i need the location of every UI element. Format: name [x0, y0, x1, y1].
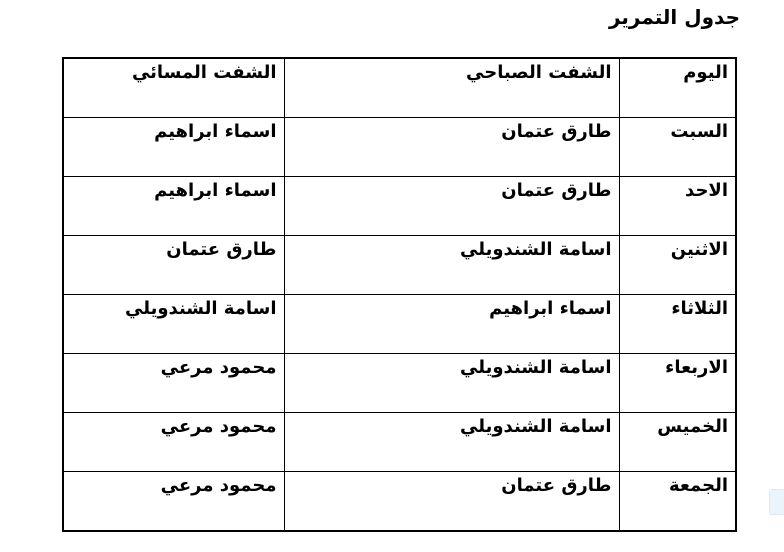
morning-cell: اسامة الشندويلي — [284, 354, 619, 413]
morning-cell: طارق عتمان — [284, 177, 619, 236]
table-row: الجمعة طارق عتمان محمود مرعي — [63, 472, 736, 532]
evening-cell: اسامة الشندويلي — [63, 295, 284, 354]
evening-cell: محمود مرعي — [63, 354, 284, 413]
table-row: السبت طارق عتمان اسماء ابراهيم — [63, 118, 736, 177]
evening-cell: محمود مرعي — [63, 413, 284, 472]
morning-cell: اسماء ابراهيم — [284, 295, 619, 354]
table-header-row: اليوم الشفت الصباحي الشفت المسائي — [63, 58, 736, 118]
morning-cell: طارق عتمان — [284, 118, 619, 177]
morning-cell: طارق عتمان — [284, 472, 619, 532]
evening-cell: طارق عتمان — [63, 236, 284, 295]
document-page: جدول التمرير اليوم الشفت الصباحي الشفت ا… — [0, 0, 784, 552]
morning-cell: اسامة الشندويلي — [284, 236, 619, 295]
day-cell: الثلاثاء — [619, 295, 736, 354]
day-cell: الاحد — [619, 177, 736, 236]
evening-cell: اسماء ابراهيم — [63, 177, 284, 236]
edge-highlight-artifact — [769, 489, 784, 515]
table-row: الاربعاء اسامة الشندويلي محمود مرعي — [63, 354, 736, 413]
header-day: اليوم — [619, 58, 736, 118]
table-row: الخميس اسامة الشندويلي محمود مرعي — [63, 413, 736, 472]
day-cell: السبت — [619, 118, 736, 177]
shift-schedule-table: اليوم الشفت الصباحي الشفت المسائي السبت … — [62, 57, 737, 532]
day-cell: الاثنين — [619, 236, 736, 295]
day-cell: الاربعاء — [619, 354, 736, 413]
evening-cell: اسماء ابراهيم — [63, 118, 284, 177]
day-cell: الجمعة — [619, 472, 736, 532]
morning-cell: اسامة الشندويلي — [284, 413, 619, 472]
page-title: جدول التمرير — [609, 5, 740, 29]
day-cell: الخميس — [619, 413, 736, 472]
header-evening-shift: الشفت المسائي — [63, 58, 284, 118]
evening-cell: محمود مرعي — [63, 472, 284, 532]
table-row: الاحد طارق عتمان اسماء ابراهيم — [63, 177, 736, 236]
table-row: الثلاثاء اسماء ابراهيم اسامة الشندويلي — [63, 295, 736, 354]
table-row: الاثنين اسامة الشندويلي طارق عتمان — [63, 236, 736, 295]
header-morning-shift: الشفت الصباحي — [284, 58, 619, 118]
